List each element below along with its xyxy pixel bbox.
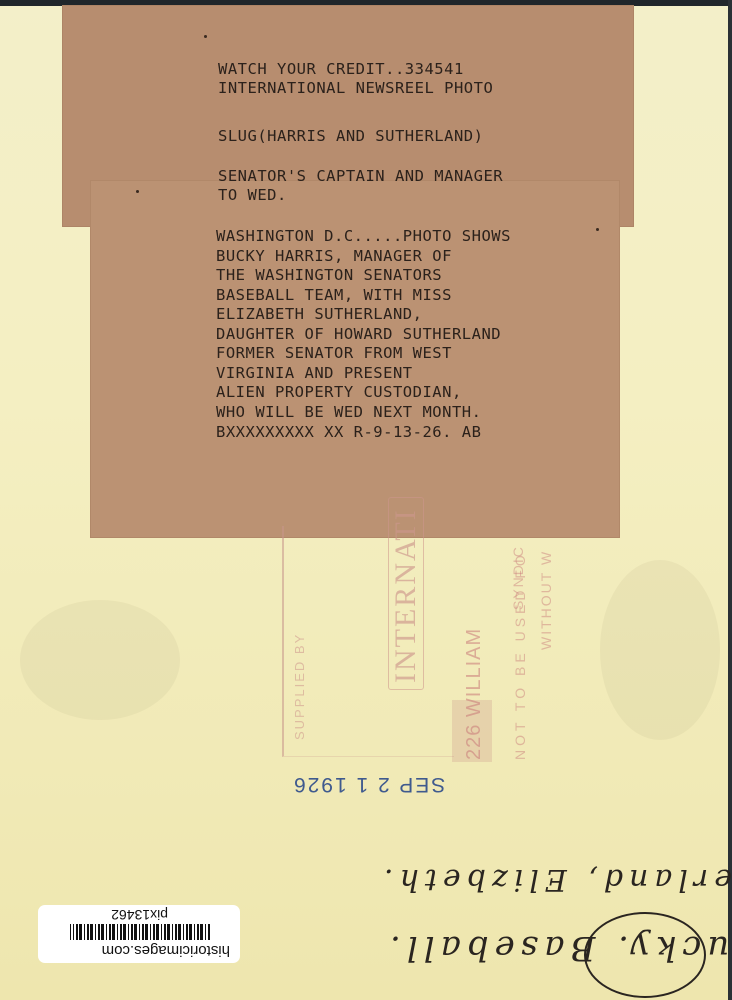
- caption-dateline: BXXXXXXXXX XX R-9-13-26. AB: [216, 423, 481, 442]
- caption-slug: SLUG(HARRIS AND SUTHERLAND): [218, 127, 483, 146]
- caption-headline: SENATOR'S CAPTAIN AND MANAGERTO WED.: [218, 167, 503, 205]
- without-stamp: WITHOUT W: [538, 550, 554, 650]
- body-line: VIRGINIA AND PRESENT: [216, 364, 511, 384]
- usage-notice-stamp: NOT TO BE USED FO: [512, 551, 528, 760]
- body-line: THE WASHINGTON SENATORS: [216, 266, 511, 286]
- barcode-icon: [70, 924, 210, 940]
- address-stamp: 226 WILLIAM: [463, 628, 486, 760]
- credit-line: WATCH YOUR CREDIT..334541: [218, 60, 493, 79]
- paper-stain: [20, 600, 180, 720]
- speck: [596, 228, 599, 231]
- headline-line: TO WED.: [218, 186, 503, 205]
- caption-body: WASHINGTON D.C.....PHOTO SHOWSBUCKY HARR…: [216, 227, 511, 422]
- body-line: ELIZABETH SUTHERLAND,: [216, 305, 511, 325]
- agency-line: INTERNATIONAL NEWSREEL PHOTO: [218, 79, 493, 98]
- body-line: ALIEN PROPERTY CUSTODIAN,: [216, 383, 511, 403]
- body-line: DAUGHTER OF HOWARD SUTHERLAND: [216, 325, 511, 345]
- archive-item-id: pix13462: [111, 907, 168, 923]
- caption-credit: WATCH YOUR CREDIT..334541INTERNATIONAL N…: [218, 60, 493, 98]
- body-line: BUCKY HARRIS, MANAGER OF: [216, 247, 511, 267]
- speck: [204, 35, 207, 38]
- photo-back: WATCH YOUR CREDIT..334541INTERNATIONAL N…: [0, 0, 732, 1000]
- date-received-stamp: SEP 2 1 1926: [292, 772, 445, 796]
- supplied-by-stamp: SUPPLIED BY: [292, 633, 307, 740]
- scan-right-edge: [728, 0, 732, 1000]
- agency-stamp: INTERNATI: [388, 497, 424, 690]
- body-line: WHO WILL BE WED NEXT MONTH.: [216, 403, 511, 423]
- handwritten-name-sutherland: Sutherland, Elizbeth.: [378, 862, 732, 897]
- headline-line: SENATOR'S CAPTAIN AND MANAGER: [218, 167, 503, 186]
- archive-barcode-label: historicimages.com pix13462: [38, 905, 240, 963]
- handwritten-circle: [584, 912, 706, 998]
- agency-stamp-frame: [282, 526, 454, 757]
- archive-site: historicimages.com: [102, 942, 230, 959]
- speck: [136, 190, 139, 193]
- body-line: FORMER SENATOR FROM WEST: [216, 344, 511, 364]
- paper-stain: [600, 560, 720, 740]
- body-line: BASEBALL TEAM, WITH MISS: [216, 286, 511, 306]
- body-line: WASHINGTON D.C.....PHOTO SHOWS: [216, 227, 511, 247]
